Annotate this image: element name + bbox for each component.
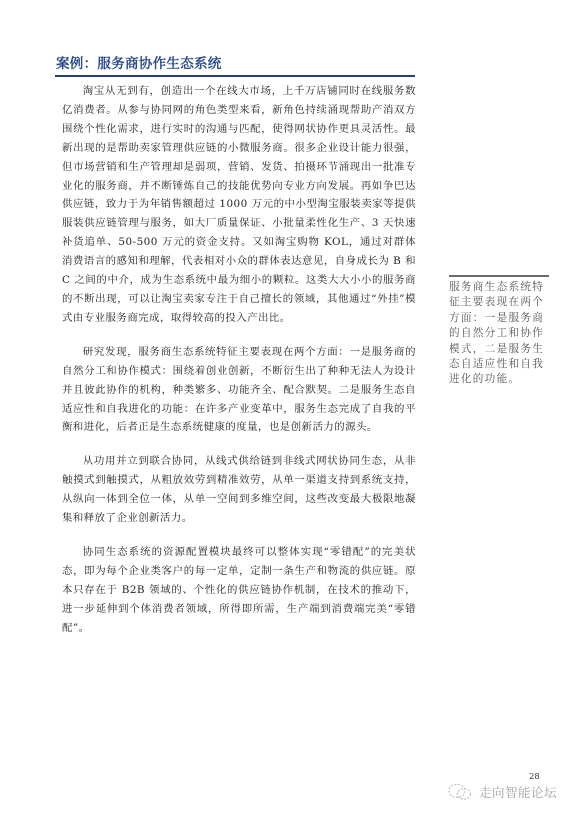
paragraph-3: 从功用并立到联合协同，从线式供给链到非线式网状协同生态，从非触摸式到触摸式，从粗… [62,452,416,528]
paragraph-4: 协同生态系统的资源配置模块最终可以整体实现“零错配”的完美状态，即为每个企业类客… [62,543,416,638]
sidebar-callout: 服务商生态系统特征主要表现在两个方面：一是服务商的自然分工和协作模式，二是服务生… [449,275,549,388]
title-divider [55,75,415,77]
paragraph-1: 淘宝从无到有，创造出一个在线大市场，上千万店铺同时在线服务数亿消费者。从参与协同… [62,82,416,328]
sidebar-note: 服务商生态系统特征主要表现在两个方面：一是服务商的自然分工和协作模式，二是服务生… [449,280,549,388]
sidebar-divider [449,275,549,277]
page-number: 28 [529,772,540,782]
paragraph-2: 研究发现，服务商生态系统特征主要表现在两个方面：一是服务商的自然分工和协作模式：… [62,343,416,438]
main-text-column: 淘宝从无到有，创造出一个在线大市场，上千万店铺同时在线服务数亿消费者。从参与协同… [62,82,416,652]
wechat-icon [447,782,473,802]
watermark-text: 走向智能论坛 [479,783,557,801]
page-title: 案例：服务商协作生态系统 [56,52,222,72]
watermark: 走向智能论坛 [447,782,557,802]
